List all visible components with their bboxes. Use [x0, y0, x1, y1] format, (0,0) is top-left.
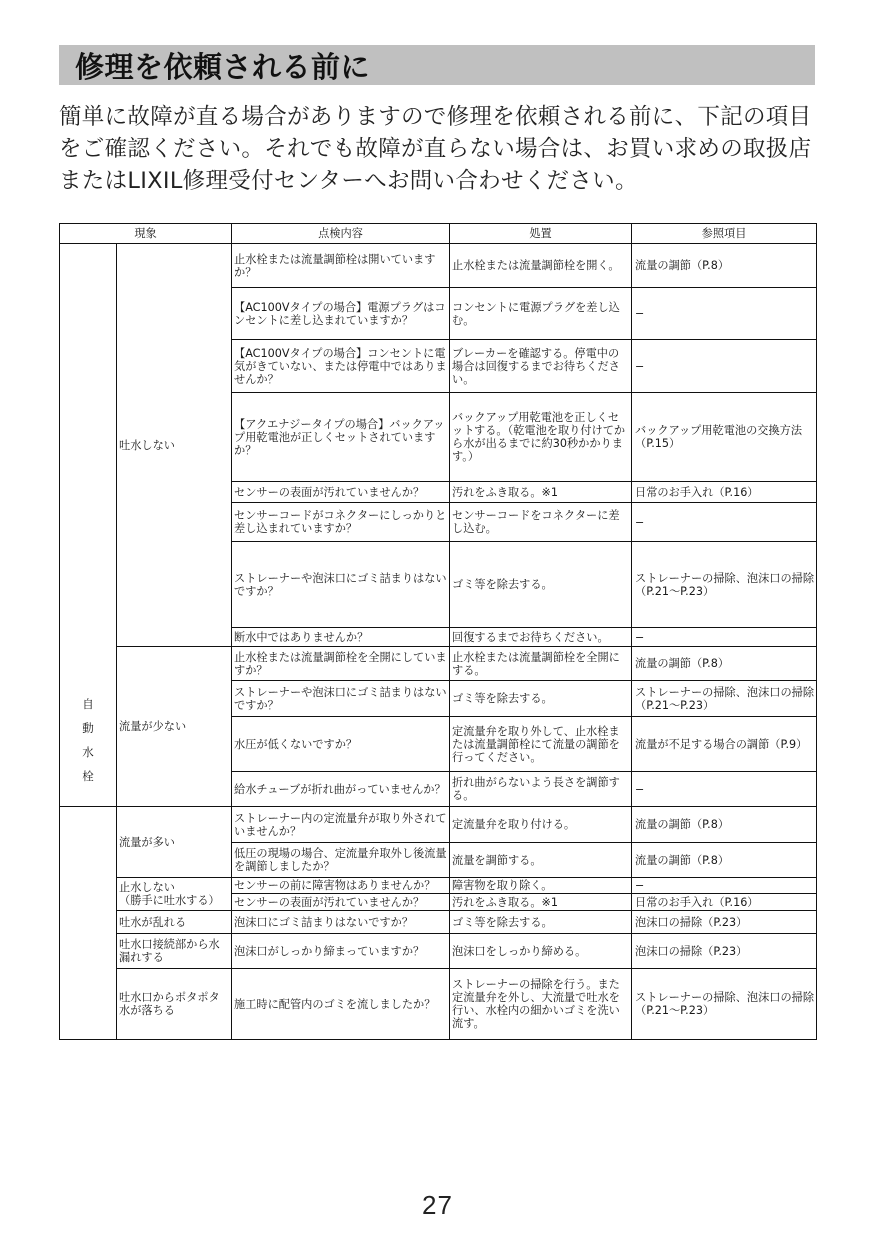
reference-cell: 流量が不足する場合の調節（P.9）	[632, 717, 817, 772]
action-cell: バックアップ用乾電池を正しくセットする。（乾電池を取り付けてから水が出るまでに約…	[450, 393, 632, 482]
intro-paragraph: 簡単に故障が直る場合がありますので修理を依頼される前に、下記の項目 をご確認くだ…	[59, 101, 819, 197]
table-row: 吐水口接続部から水漏れする 泡沫口がしっかり締まっていますか？ 泡沫口をしっかり…	[60, 934, 817, 969]
action-cell: 泡沫口をしっかり締める。	[450, 934, 632, 969]
action-cell: センサーコードをコネクターに差し込む。	[450, 503, 632, 542]
reference-cell: ストレーナーの掃除、泡沫口の掃除（P.21〜P.23）	[632, 681, 817, 717]
reference-cell: −	[632, 878, 817, 894]
reference-cell: −	[632, 628, 817, 647]
page-number: 27	[0, 1190, 875, 1221]
reference-cell: 日常のお手入れ（P.16）	[632, 894, 817, 911]
reference-cell: ストレーナーの掃除、泡沫口の掃除（P.21〜P.23）	[632, 542, 817, 628]
check-cell: 施工時に配管内のゴミを流しましたか？	[232, 969, 450, 1040]
intro-line: 簡単に故障が直る場合がありますので修理を依頼される前に、下記の項目	[59, 101, 819, 133]
category-char: 栓	[62, 764, 114, 788]
reference-cell: 流量の調節（P.8）	[632, 807, 817, 843]
action-cell: 回復するまでお待ちください。	[450, 628, 632, 647]
action-cell: ゴミ等を除去する。	[450, 681, 632, 717]
check-cell: 【アクエナジータイプの場合】バックアップ用乾電池が正しくセットされていますか？	[232, 393, 450, 482]
check-cell: 泡沫口にゴミ詰まりはないですか？	[232, 911, 450, 934]
reference-cell: 日常のお手入れ（P.16）	[632, 482, 817, 503]
action-cell: 止水栓または流量調節栓を開く。	[450, 244, 632, 288]
symptom-line: 止水しない	[119, 881, 229, 894]
symptom-cell: 吐水口からポタポタ水が落ちる	[117, 969, 232, 1040]
check-cell: 断水中ではありませんか？	[232, 628, 450, 647]
action-cell: 定流量弁を取り付ける。	[450, 807, 632, 843]
symptom-cell: 止水しない （勝手に吐水する）	[117, 878, 232, 911]
table-row: 吐水が乱れる 泡沫口にゴミ詰まりはないですか？ ゴミ等を除去する。 泡沫口の掃除…	[60, 911, 817, 934]
check-cell: 水圧が低くないですか？	[232, 717, 450, 772]
symptom-cell: 流量が多い	[117, 807, 232, 878]
action-cell: ゴミ等を除去する。	[450, 911, 632, 934]
troubleshooting-table: 現象 点検内容 処置 参照項目 自 動 水 栓 吐水しない 止水栓または流量調節…	[59, 223, 817, 1040]
page-title: 修理を依頼される前に	[75, 45, 370, 86]
header-action: 処置	[450, 224, 632, 244]
action-cell: ゴミ等を除去する。	[450, 542, 632, 628]
reference-cell: 流量の調節（P.8）	[632, 244, 817, 288]
intro-line: またはLIXIL修理受付センターへお問い合わせください。	[59, 165, 819, 197]
check-cell: センサーの前に障害物はありませんか？	[232, 878, 450, 894]
reference-cell: 泡沫口の掃除（P.23）	[632, 934, 817, 969]
action-cell: ストレーナーの掃除を行う。また定流量弁を外し、大流量で吐水を行い、水栓内の細かい…	[450, 969, 632, 1040]
action-cell: コンセントに電源プラグを差し込む。	[450, 288, 632, 340]
table-row: 流量が少ない 止水栓または流量調節栓を全開にしていますか？ 止水栓または流量調節…	[60, 647, 817, 681]
action-cell: 折れ曲がらないよう長さを調節する。	[450, 772, 632, 807]
check-cell: センサーの表面が汚れていませんか？	[232, 482, 450, 503]
header-symptom: 現象	[60, 224, 232, 244]
reference-cell: −	[632, 772, 817, 807]
action-cell: 定流量弁を取り外して、止水栓または流量調節栓にて流量の調節を行ってください。	[450, 717, 632, 772]
reference-cell: 流量の調節（P.8）	[632, 647, 817, 681]
header-check: 点検内容	[232, 224, 450, 244]
table-row: 自 動 水 栓 吐水しない 止水栓または流量調節栓は開いていますか？ 止水栓また…	[60, 244, 817, 288]
symptom-cell: 吐水が乱れる	[117, 911, 232, 934]
reference-cell: バックアップ用乾電池の交換方法（P.15）	[632, 393, 817, 482]
category-char: 動	[62, 716, 114, 740]
check-cell: センサーの表面が汚れていませんか？	[232, 894, 450, 911]
check-cell: 【AC100Vタイプの場合】コンセントに電気がきていない、または停電中ではありま…	[232, 340, 450, 393]
table-row: 吐水口からポタポタ水が落ちる 施工時に配管内のゴミを流しましたか？ ストレーナー…	[60, 969, 817, 1040]
symptom-cell: 流量が少ない	[117, 647, 232, 807]
check-cell: ストレーナーや泡沫口にゴミ詰まりはないですか？	[232, 542, 450, 628]
category-cell-continued	[60, 807, 117, 1040]
reference-cell: 泡沫口の掃除（P.23）	[632, 911, 817, 934]
check-cell: ストレーナー内の定流量弁が取り外されていませんか？	[232, 807, 450, 843]
action-cell: 流量を調節する。	[450, 843, 632, 878]
header-reference: 参照項目	[632, 224, 817, 244]
check-cell: センサーコードがコネクターにしっかりと差し込まれていますか？	[232, 503, 450, 542]
reference-cell: 流量の調節（P.8）	[632, 843, 817, 878]
table-row: 流量が多い ストレーナー内の定流量弁が取り外されていませんか？ 定流量弁を取り付…	[60, 807, 817, 843]
reference-cell: −	[632, 288, 817, 340]
reference-cell: −	[632, 503, 817, 542]
table-header-row: 現象 点検内容 処置 参照項目	[60, 224, 817, 244]
category-cell: 自 動 水 栓	[60, 244, 117, 807]
symptom-cell: 吐水口接続部から水漏れする	[117, 934, 232, 969]
action-cell: 汚れをふき取る。※1	[450, 894, 632, 911]
intro-line: をご確認ください。それでも故障が直らない場合は、お買い求めの取扱店	[59, 133, 819, 165]
reference-cell: −	[632, 340, 817, 393]
category-char: 自	[62, 692, 114, 716]
check-cell: ストレーナーや泡沫口にゴミ詰まりはないですか？	[232, 681, 450, 717]
section-title-bar: 修理を依頼される前に	[59, 45, 815, 85]
symptom-cell: 吐水しない	[117, 244, 232, 647]
reference-cell: ストレーナーの掃除、泡沫口の掃除（P.21〜P.23）	[632, 969, 817, 1040]
action-cell: ブレーカーを確認する。停電中の場合は回復するまでお待ちください。	[450, 340, 632, 393]
action-cell: 止水栓または流量調節栓を全開にする。	[450, 647, 632, 681]
category-char: 水	[62, 740, 114, 764]
symptom-line: （勝手に吐水する）	[119, 894, 229, 907]
check-cell: 低圧の現場の場合、定流量弁取外し後流量を調節しましたか？	[232, 843, 450, 878]
check-cell: 止水栓または流量調節栓を全開にしていますか？	[232, 647, 450, 681]
check-cell: 給水チューブが折れ曲がっていませんか？	[232, 772, 450, 807]
check-cell: 泡沫口がしっかり締まっていますか？	[232, 934, 450, 969]
table-row: 止水しない （勝手に吐水する） センサーの前に障害物はありませんか？ 障害物を取…	[60, 878, 817, 894]
action-cell: 障害物を取り除く。	[450, 878, 632, 894]
check-cell: 【AC100Vタイプの場合】電源プラグはコンセントに差し込まれていますか？	[232, 288, 450, 340]
action-cell: 汚れをふき取る。※1	[450, 482, 632, 503]
check-cell: 止水栓または流量調節栓は開いていますか？	[232, 244, 450, 288]
